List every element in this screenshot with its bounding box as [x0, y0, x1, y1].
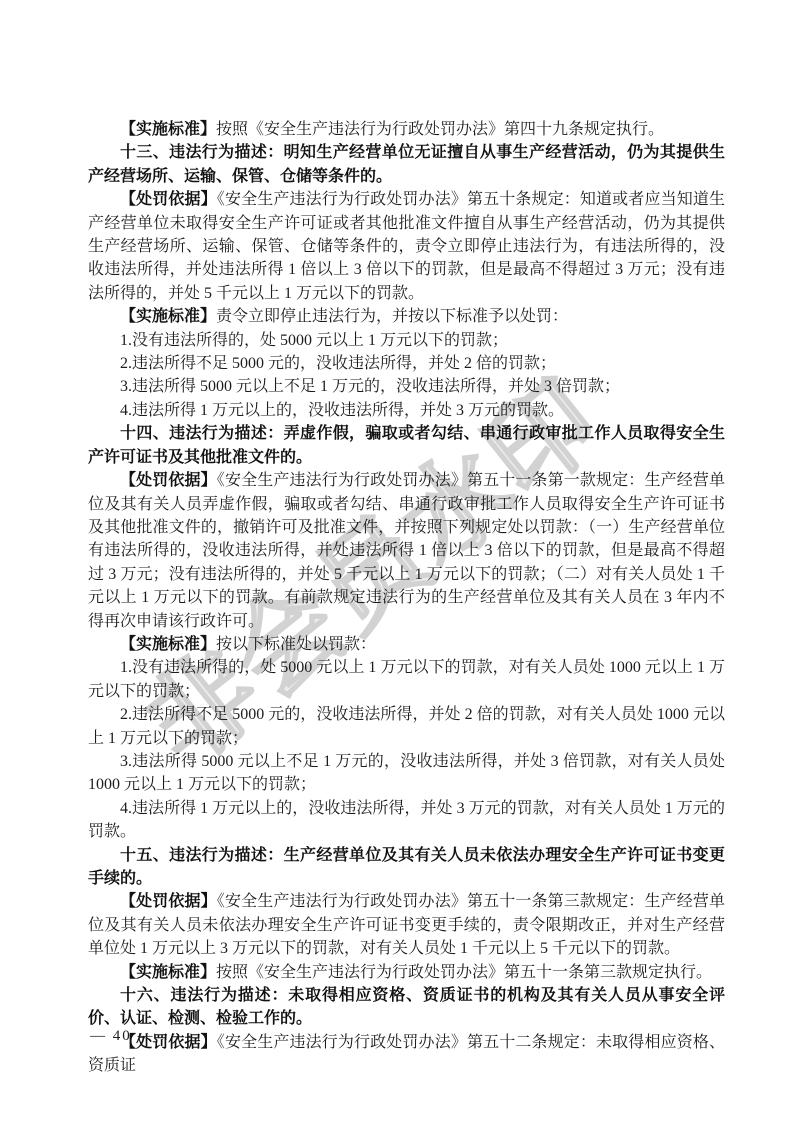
penalty-clause-item: 3.违法所得 5000 元以上不足 1 万元的，没收违法所得，并处 3 倍罚款，… — [88, 750, 725, 797]
penalty-clause-item: 2.违法所得不足 5000 元的，没收违法所得，并处 2 倍的罚款； — [88, 352, 725, 375]
page-number: — 40 — — [90, 1028, 155, 1044]
paragraph-label: 【处罚依据】 — [120, 191, 217, 208]
penalty-clause-item: 3.违法所得 5000 元以上不足 1 万元的，没收违法所得，并处 3 倍罚款； — [88, 375, 725, 398]
violation-description-heading: 十六、违法行为描述：未取得相应资格、资质证书的机构及其有关人员从事安全评价、认证… — [88, 984, 725, 1031]
labeled-paragraph: 【实施标准】按照《安全生产违法行为行政处罚办法》第四十九条规定执行。 — [88, 118, 725, 141]
paragraph-label: 【实施标准】 — [120, 121, 216, 138]
violation-description-heading: 十四、违法行为描述：弄虚作假，骗取或者勾结、串通行政审批工作人员取得安全生产许可… — [88, 422, 725, 469]
penalty-clause-item: 4.违法所得 1 万元以上的，没收违法所得，并处 3 万元的罚款。 — [88, 399, 725, 422]
penalty-clause-item: 2.违法所得不足 5000 元的，没收违法所得，并处 2 倍的罚款，对有关人员处… — [88, 703, 725, 750]
labeled-paragraph: 【实施标准】按照《安全生产违法行为行政处罚办法》第五十一条第三款规定执行。 — [88, 961, 725, 984]
paragraph-label: 【处罚依据】 — [120, 472, 217, 489]
penalty-clause-item: 1.没有违法所得的，处 5000 元以上 1 万元以下的罚款； — [88, 329, 725, 352]
penalty-clause-item: 4.违法所得 1 万元以上的，没收违法所得，并处 3 万元的罚款，对有关人员处 … — [88, 797, 725, 844]
penalty-clause-item: 1.没有违法所得的，处 5000 元以上 1 万元以下的罚款，对有关人员处 10… — [88, 656, 725, 703]
document-page: 非会员水印 【实施标准】按照《安全生产违法行为行政处罚办法》第四十九条规定执行。… — [0, 0, 793, 1122]
paragraph-label: 【实施标准】 — [120, 964, 216, 981]
paragraph-label: 【处罚依据】 — [120, 893, 217, 910]
labeled-paragraph: 【处罚依据】《安全生产违法行为行政处罚办法》第五十条规定：知道或者应当知道生产经… — [88, 188, 725, 305]
violation-description-heading: 十三、违法行为描述：明知生产经营单位无证擅自从事生产经营活动，仍为其提供生产经营… — [88, 141, 725, 188]
labeled-paragraph: 【实施标准】责令立即停止违法行为，并按以下标准予以处罚： — [88, 305, 725, 328]
labeled-paragraph: 【处罚依据】《安全生产违法行为行政处罚办法》第五十一条第一款规定：生产经营单位及… — [88, 469, 725, 633]
document-body: 【实施标准】按照《安全生产违法行为行政处罚办法》第四十九条规定执行。十三、违法行… — [88, 118, 725, 1078]
labeled-paragraph: 【实施标准】按以下标准处以罚款： — [88, 633, 725, 656]
paragraph-label: 【实施标准】 — [120, 308, 216, 325]
violation-description-heading: 十五、违法行为描述：生产经营单位及其有关人员未依法办理安全生产许可证书变更手续的… — [88, 844, 725, 891]
paragraph-label: 【实施标准】 — [120, 636, 216, 653]
page-footer: — 40 — — [90, 1028, 155, 1045]
labeled-paragraph: 【处罚依据】《安全生产违法行为行政处罚办法》第五十一条第三款规定：生产经营单位及… — [88, 890, 725, 960]
labeled-paragraph: 【处罚依据】《安全生产违法行为行政处罚办法》第五十二条规定：未取得相应资格、资质… — [88, 1031, 725, 1078]
